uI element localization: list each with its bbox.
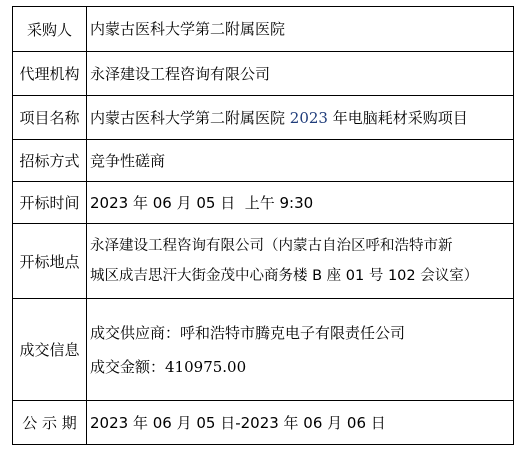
label-deal-info: 成交信息 bbox=[13, 299, 87, 401]
value-purchaser: 内蒙古医科大学第二附属医院 bbox=[87, 7, 514, 52]
amount-label: 成交金额： bbox=[90, 358, 165, 376]
amount-line: 成交金额：410975.00 bbox=[90, 350, 513, 384]
supplier-label: 成交供应商： bbox=[90, 324, 180, 342]
label-purchaser: 采购人 bbox=[13, 7, 87, 52]
location-line-2: 城区成吉思汗大街金茂中心商务楼 B 座 01 号 102 会议室） bbox=[90, 261, 513, 291]
value-project-name: 内蒙古医科大学第二附属医院 2023 年电脑耗材采购项目 bbox=[87, 96, 514, 140]
table-row: 开标时间 2023 年 06 月 05 日 上午 9:30 bbox=[13, 182, 514, 224]
supplier-name: 呼和浩特市腾克电子有限责任公司 bbox=[180, 324, 405, 342]
table-row: 开标地点 永泽建设工程咨询有限公司（内蒙古自治区呼和浩特市新 城区成吉思汗大街金… bbox=[13, 224, 514, 299]
project-year: 2023 bbox=[290, 109, 328, 127]
label-agency: 代理机构 bbox=[13, 52, 87, 96]
label-opening-time: 开标时间 bbox=[13, 182, 87, 224]
label-bid-method: 招标方式 bbox=[13, 140, 87, 182]
location-line-1: 永泽建设工程咨询有限公司（内蒙古自治区呼和浩特市新 bbox=[90, 231, 513, 261]
label-opening-location: 开标地点 bbox=[13, 224, 87, 299]
table-row: 项目名称 内蒙古医科大学第二附属医院 2023 年电脑耗材采购项目 bbox=[13, 96, 514, 140]
value-opening-location: 永泽建设工程咨询有限公司（内蒙古自治区呼和浩特市新 城区成吉思汗大街金茂中心商务… bbox=[87, 224, 514, 299]
table-row: 成交信息 成交供应商：呼和浩特市腾克电子有限责任公司 成交金额：410975.0… bbox=[13, 299, 514, 401]
value-opening-time: 2023 年 06 月 05 日 上午 9:30 bbox=[87, 182, 514, 224]
table-row: 招标方式 竞争性磋商 bbox=[13, 140, 514, 182]
table-row: 代理机构 永泽建设工程咨询有限公司 bbox=[13, 52, 514, 96]
value-bid-method: 竞争性磋商 bbox=[87, 140, 514, 182]
table-row: 公 示 期 2023 年 06 月 05 日-2023 年 06 月 06 日 bbox=[13, 401, 514, 445]
value-deal-info: 成交供应商：呼和浩特市腾克电子有限责任公司 成交金额：410975.00 bbox=[87, 299, 514, 401]
label-project-name: 项目名称 bbox=[13, 96, 87, 140]
project-name-suffix: 年电脑耗材采购项目 bbox=[333, 109, 468, 127]
value-publicity-period: 2023 年 06 月 05 日-2023 年 06 月 06 日 bbox=[87, 401, 514, 445]
project-name-prefix: 内蒙古医科大学第二附属医院 bbox=[90, 109, 285, 127]
value-agency: 永泽建设工程咨询有限公司 bbox=[87, 52, 514, 96]
table-row: 采购人 内蒙古医科大学第二附属医院 bbox=[13, 7, 514, 52]
supplier-line: 成交供应商：呼和浩特市腾克电子有限责任公司 bbox=[90, 316, 513, 350]
amount-value: 410975.00 bbox=[165, 358, 246, 376]
label-publicity-period: 公 示 期 bbox=[13, 401, 87, 445]
procurement-info-table: 采购人 内蒙古医科大学第二附属医院 代理机构 永泽建设工程咨询有限公司 项目名称… bbox=[12, 6, 514, 445]
